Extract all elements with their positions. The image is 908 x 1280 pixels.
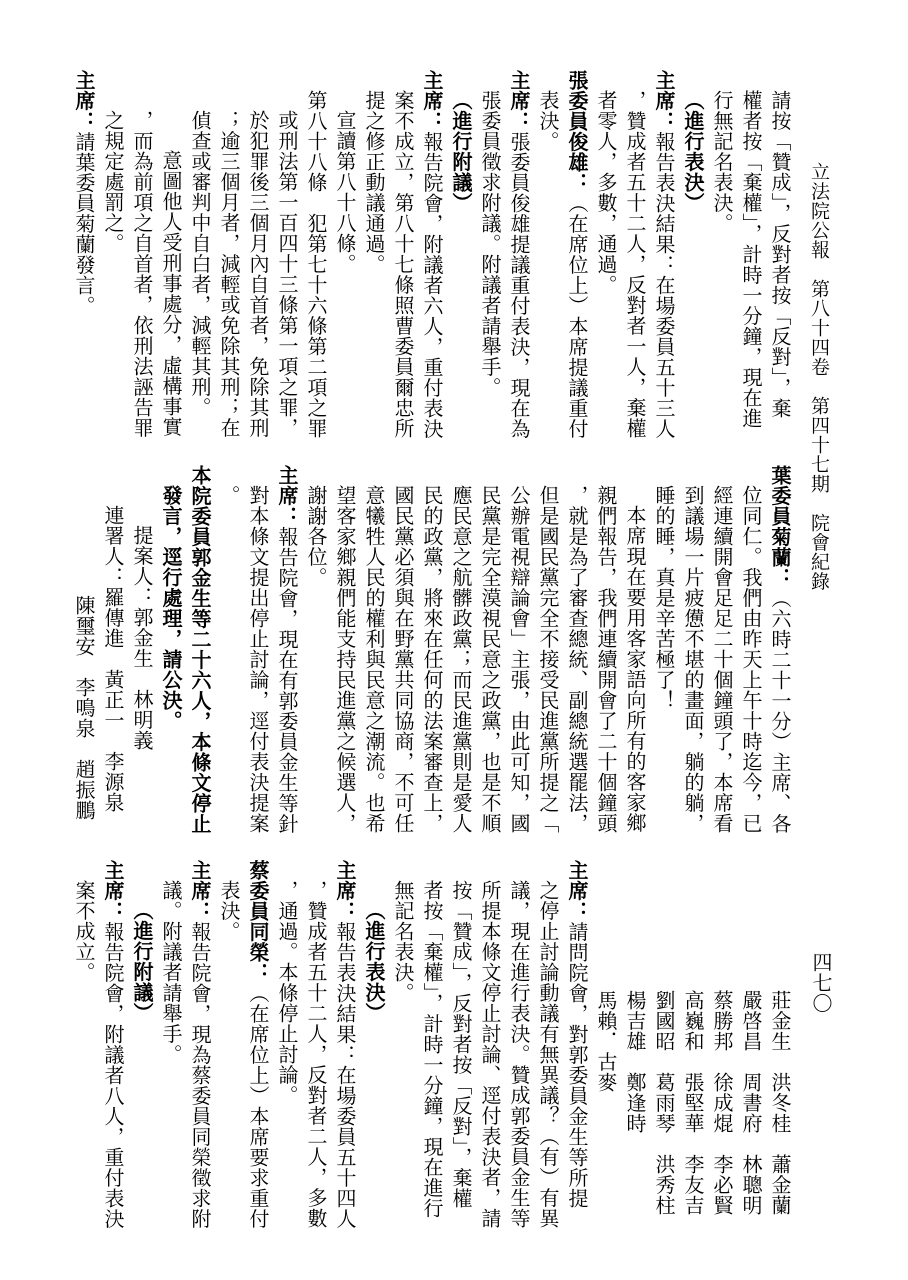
column-text: 請葉委員菊蘭發言。 [72,132,96,317]
text-column: 權者按「棄權」，計時一分鐘，現在進 [740,90,762,429]
speaker-name: 張委員俊雄： [565,70,589,193]
text-column: 睡的睡，真是辛苦極了！ [653,485,675,711]
speaker-line: 主席：報告院會，現為蔡委員同榮徵求附 [189,860,211,1229]
text-column: ，通過。本條停止討論。 [276,880,298,1106]
text-column: 本席現在要用客家語向所有的客家鄉 [624,505,646,833]
column-text: 本席現在要用客家語向所有的客家鄉 [623,505,647,833]
speaker-line: 主席：報告表決結果：在場委員五十三人 [653,70,675,439]
column-text: ，通過。本條停止討論。 [275,880,299,1106]
speaker-name: 主席： [101,860,125,922]
text-column: 議，現在進行表決。贊成郭委員金生等 [508,880,530,1229]
column-text: 連署人：羅傳進 黃正一 李源泉 [101,505,125,813]
text-column: 本院委員郭金生等二十六人，本條文停止 [189,465,211,834]
text-column: 劉國昭 葛雨琴 洪秀柱 [653,990,675,1216]
column-text: 權者按「棄權」，計時一分鐘，現在進 [739,90,763,429]
speaker-line: 主席：報告院會，附議者六人，重付表決 [421,70,443,439]
column-text: ，贊成者五十二人，反對者一人，棄權 [623,90,647,439]
column-text: 案不成立。 [72,880,96,983]
text-column: 偵查或審判中自白者，減輕其刑。 [189,110,211,418]
column-text: 陳璽安 李鳴泉 趙振鵬 [72,595,96,821]
column-text: 行無記名表決。 [710,90,734,234]
column-text: 報告院會，附議者六人，重付表決 [420,132,444,440]
text-column: 意犧牲人民的權利與民意之潮流。也希 [363,485,385,834]
column-text: 馬賴．古麥 [594,990,618,1093]
column-text: （六時二十一分）主席、各 [768,588,792,834]
text-column: 案不成立，第八十七條照曹委員爾忠所 [392,90,414,439]
text-column: 提之修正動議通過。 [363,90,385,275]
column-text: 民黨是完全漠視民意之政黨，也是不順 [478,485,502,834]
column-text: （進行表決） [362,900,386,1023]
page-number: 四七〇 [810,952,832,1014]
speaker-name: 主席： [420,70,444,132]
column-text: 公辦電視辯論會」主張，由此可知，國 [507,485,531,834]
text-column: 但是國民黨完全不接受民進黨所提之「 [537,485,559,834]
text-column: ，贊成者五十二人，反對者一人，棄權 [624,90,646,439]
column-text: 楊吉雄 鄭逢時 [623,990,647,1134]
text-column: 第八十八條 犯第七十六條第二項之罪 [305,90,327,439]
text-column: 發言，逕行處理，請公決。 [160,485,182,731]
column-text: 議。附議者請舉手。 [159,880,183,1065]
speaker-line: 主席：報告院會，現在有郭委員金生等針 [276,465,298,834]
column-text: ，就是為了審查總統、副總統選罷法， [565,485,589,834]
column-text: 按「贊成」，反對者按「反對」，棄權 [449,880,473,1209]
text-column: 親們報告，我們連續開會了二十個鐘頭 [595,485,617,834]
text-column: 經連續開會足足二十個鐘頭了，本席看 [711,485,733,834]
column-text: 報告表決結果：在場委員五十三人 [652,132,676,440]
text-column: 表決。 [218,880,240,942]
column-text: 宣讀第八十八條。 [333,110,357,274]
speaker-line: 葉委員菊蘭：（六時二十一分）主席、各 [769,465,791,834]
text-column: 連署人：羅傳進 黃正一 李源泉 [102,505,124,813]
column-text: 到議場一片疲憊不堪的畫面，躺的躺， [681,485,705,834]
text-column: 者零人，多數，通過。 [595,90,617,295]
column-text: 第八十八條 犯第七十六條第二項之罪 [304,90,328,439]
text-column: 按「贊成」，反對者按「反對」，棄權 [450,880,472,1209]
speaker-name: 主席： [565,860,589,922]
text-column: 民的政黨，將來在任何的法案審查上， [421,485,443,834]
column-text: 。 [217,485,241,506]
column-text: 之停止討論動議有無異議？（有）有異 [536,880,560,1229]
text-column: 應民意之航髒政黨；而民進黨則是愛人 [450,485,472,834]
text-column: 提案人：郭金生 林明義 [131,525,153,751]
text-column: 請按「贊成」，反對者按「反對」，棄 [769,90,791,419]
speaker-name: 蔡委員同榮： [246,860,270,983]
text-column: ，贊成者五十二人，反對者二人，多數 [305,880,327,1229]
text-column: 蔡勝邦 徐成焜 李必賢 [711,990,733,1216]
column-text: 報告表決結果：在場委員五十四人 [333,922,357,1230]
text-column: 嚴啓昌 周書府 林聰明 [740,990,762,1216]
text-column: 陳璽安 李鳴泉 趙振鵬 [73,595,95,821]
text-column: ；逾三個月者，減輕或免除其刑；在 [218,110,240,438]
text-column: 楊吉雄 鄭逢時 [624,990,646,1134]
text-column: 或刑法第一百四十三條第一項之罪， [276,110,298,438]
speaker-line: 主席：報告院會，附議者八人，重付表決 [102,860,124,1229]
column-text: 望客家鄉親們能支持民進黨之候選人， [333,485,357,834]
speaker-name: 主席： [652,70,676,132]
text-column: 望客家鄉親們能支持民進黨之候選人， [334,485,356,834]
text-column: 馬賴．古麥 [595,990,617,1093]
column-text: （在席位上）本席要求重付 [246,983,270,1229]
column-text: 請問院會，對郭委員金生等所提 [565,922,589,1209]
column-text: 報告院會，現在有郭委員金生等針 [275,527,299,835]
column-text: （在席位上）本席提議重付 [565,193,589,439]
text-column: 國民黨必須與在野黨共同協商，不可任 [392,485,414,834]
text-column: 表決。 [537,90,559,152]
speaker-name: 主席： [275,465,299,527]
text-column: 。 [218,485,240,506]
column-text: 對本條文提出停止討論，逕付表決提案 [246,485,270,834]
text-column: （進行附議） [450,90,472,213]
column-text: （進行附議） [449,90,473,213]
text-column: 之停止討論動議有無異議？（有）有異 [537,880,559,1229]
speaker-name: 主席： [333,860,357,922]
text-column: 張委員徵求附議。附議者請舉手。 [479,90,501,398]
speaker-line: 主席：張委員俊雄提議重付表決，現在為 [508,70,530,439]
column-text: 表決。 [217,880,241,942]
column-text: 民的政黨，將來在任何的法案審查上， [420,485,444,834]
column-text: 但是國民黨完全不接受民進黨所提之「 [536,485,560,834]
speaker-line: 主席：報告表決結果：在場委員五十四人 [334,860,356,1229]
column-text: 提之修正動議通過。 [362,90,386,275]
column-text: 國民黨必須與在野黨共同協商，不可任 [391,485,415,834]
column-text: 本院委員郭金生等二十六人，本條文停止 [188,465,212,834]
text-column: 民黨是完全漠視民意之政黨，也是不順 [479,485,501,834]
column-text: 劉國昭 葛雨琴 洪秀柱 [652,990,676,1216]
column-text: 張委員俊雄提議重付表決，現在為 [507,132,531,440]
running-header: 立法院公報 第八十四卷 第四十七期 院會紀錄 [808,162,830,591]
text-column: 位同仁。我們由昨天上午十時迄今，已 [740,485,762,834]
text-column: 行無記名表決。 [711,90,733,234]
column-text: 之規定處罰之。 [101,110,125,254]
column-text: 者零人，多數，通過。 [594,90,618,295]
column-text: 睡的睡，真是辛苦極了！ [652,485,676,711]
text-column: 案不成立。 [73,880,95,983]
speaker-line: 蔡委員同榮：（在席位上）本席要求重付 [247,860,269,1229]
column-text: 位同仁。我們由昨天上午十時迄今，已 [739,485,763,834]
text-column: 之規定處罰之。 [102,110,124,254]
column-text: 偵查或審判中自白者，減輕其刑。 [188,110,212,418]
text-column: （進行表決） [363,900,385,1023]
text-column: 者按「棄權」，計時一分鐘，現在進行 [421,880,443,1219]
text-column: （進行附議） [131,900,153,1023]
speaker-name: 主席： [507,70,531,132]
column-text: 蔡勝邦 徐成焜 李必賢 [710,990,734,1216]
column-text: ，而為前項之自首者，依刑法誣告罪 [130,110,154,438]
column-text: （進行附議） [130,900,154,1023]
column-text: 案不成立，第八十七條照曹委員爾忠所 [391,90,415,439]
column-text: 報告院會，附議者八人，重付表決 [101,922,125,1230]
text-column: 無記名表決。 [392,880,414,1003]
text-column: 公辦電視辯論會」主張，由此可知，國 [508,485,530,834]
speaker-name: 主席： [72,70,96,132]
column-text: ，贊成者五十二人，反對者二人，多數 [304,880,328,1229]
text-column: ，就是為了審查總統、副總統選罷法， [566,485,588,834]
column-text: 提案人：郭金生 林明義 [130,525,154,751]
text-column: 宣讀第八十八條。 [334,110,356,274]
column-text: 嚴啓昌 周書府 林聰明 [739,990,763,1216]
text-column: 對本條文提出停止討論，逕付表決提案 [247,485,269,834]
column-text: （進行表決） [681,90,705,213]
column-text: 者按「棄權」，計時一分鐘，現在進行 [420,880,444,1219]
column-text: 報告院會，現為蔡委員同榮徵求附 [188,922,212,1230]
text-column: 到議場一片疲憊不堪的畫面，躺的躺， [682,485,704,834]
column-text: 議，現在進行表決。贊成郭委員金生等 [507,880,531,1229]
column-text: 於犯罪後三個月內自首者，免除其刑 [246,110,270,438]
text-column: 意圖他人受刑事處分，虛構事實 [160,150,182,437]
column-text: 張委員徵求附議。附議者請舉手。 [478,90,502,398]
text-column: 高巍和 張堅華 李友吉 [682,990,704,1216]
column-text: 意圖他人受刑事處分，虛構事實 [159,150,183,437]
column-text: 或刑法第一百四十三條第一項之罪， [275,110,299,438]
text-column: 於犯罪後三個月內自首者，免除其刑 [247,110,269,438]
column-text: 經連續開會足足二十個鐘頭了，本席看 [710,485,734,834]
column-text: 無記名表決。 [391,880,415,1003]
column-text: 莊金生 洪冬桂 蕭金蘭 [768,990,792,1216]
speaker-name: 主席： [188,860,212,922]
text-column: 議。附議者請舉手。 [160,880,182,1065]
text-column: 所提本條文停止討論、逕付表決者，請 [479,880,501,1229]
column-text: 高巍和 張堅華 李友吉 [681,990,705,1216]
column-text: 表決。 [536,90,560,152]
speaker-line: 主席：請問院會，對郭委員金生等所提 [566,860,588,1209]
text-column: 莊金生 洪冬桂 蕭金蘭 [769,990,791,1216]
text-column: （進行表決） [682,90,704,213]
column-text: 親們報告，我們連續開會了二十個鐘頭 [594,485,618,834]
column-text: 謝謝各位。 [304,485,328,588]
speaker-line: 主席：請葉委員菊蘭發言。 [73,70,95,316]
column-text: 發言，逕行處理，請公決。 [159,485,183,731]
column-text: 應民意之航髒政黨；而民進黨則是愛人 [449,485,473,834]
column-text: 請按「贊成」，反對者按「反對」，棄 [768,90,792,419]
speaker-name: 葉委員菊蘭： [768,465,792,588]
column-text: 所提本條文停止討論、逕付表決者，請 [478,880,502,1229]
speaker-line: 張委員俊雄：（在席位上）本席提議重付 [566,70,588,439]
column-text: 意犧牲人民的權利與民意之潮流。也希 [362,485,386,834]
column-text: ；逾三個月者，減輕或免除其刑；在 [217,110,241,438]
text-column: 謝謝各位。 [305,485,327,588]
text-column: ，而為前項之自首者，依刑法誣告罪 [131,110,153,438]
